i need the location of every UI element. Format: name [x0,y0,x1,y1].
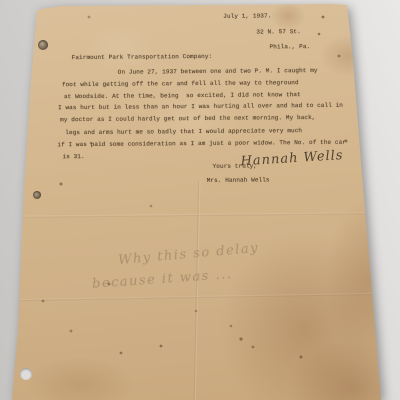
paper-shadow: July 1, 1937. 32 N. 57 St. Phila., Pa. F… [0,0,400,400]
photo-backdrop: July 1, 1937. 32 N. 57 St. Phila., Pa. F… [0,0,400,400]
letter-body-line: I was hurt but in less than an hour I wa… [58,102,343,112]
letter-paper: July 1, 1937. 32 N. 57 St. Phila., Pa. F… [0,0,400,400]
letter-date: July 1, 1937. [223,12,271,20]
letter-body-line: at Woodside. At the time, being so excit… [64,91,301,101]
handwritten-signature: Hannah Wells [240,148,344,169]
letter-body-line: On June 27, 1937 between one and two P. … [118,67,318,77]
letter-salutation: Fairmount Park Transportation Company: [72,53,213,62]
paper-specks [0,0,2,2]
letter-city-line: Phila., Pa. [270,43,311,51]
letter-body-line: if I was paid some consideration as I am… [57,139,346,150]
letter-content: July 1, 1937. 32 N. 57 St. Phila., Pa. F… [0,0,400,400]
letter-body-line: legs and arms hurt me so badly that I wo… [65,127,302,137]
letter-body-line: foot while getting off the car and fell … [62,79,299,89]
letter-address-line: 32 N. 57 St. [256,28,300,36]
typed-signature: Mrs. Hannah Wells [207,176,270,185]
letter-body-line: is 31. [62,153,84,161]
letter-body-line: my doctor as I could hardly get out of b… [60,114,315,124]
